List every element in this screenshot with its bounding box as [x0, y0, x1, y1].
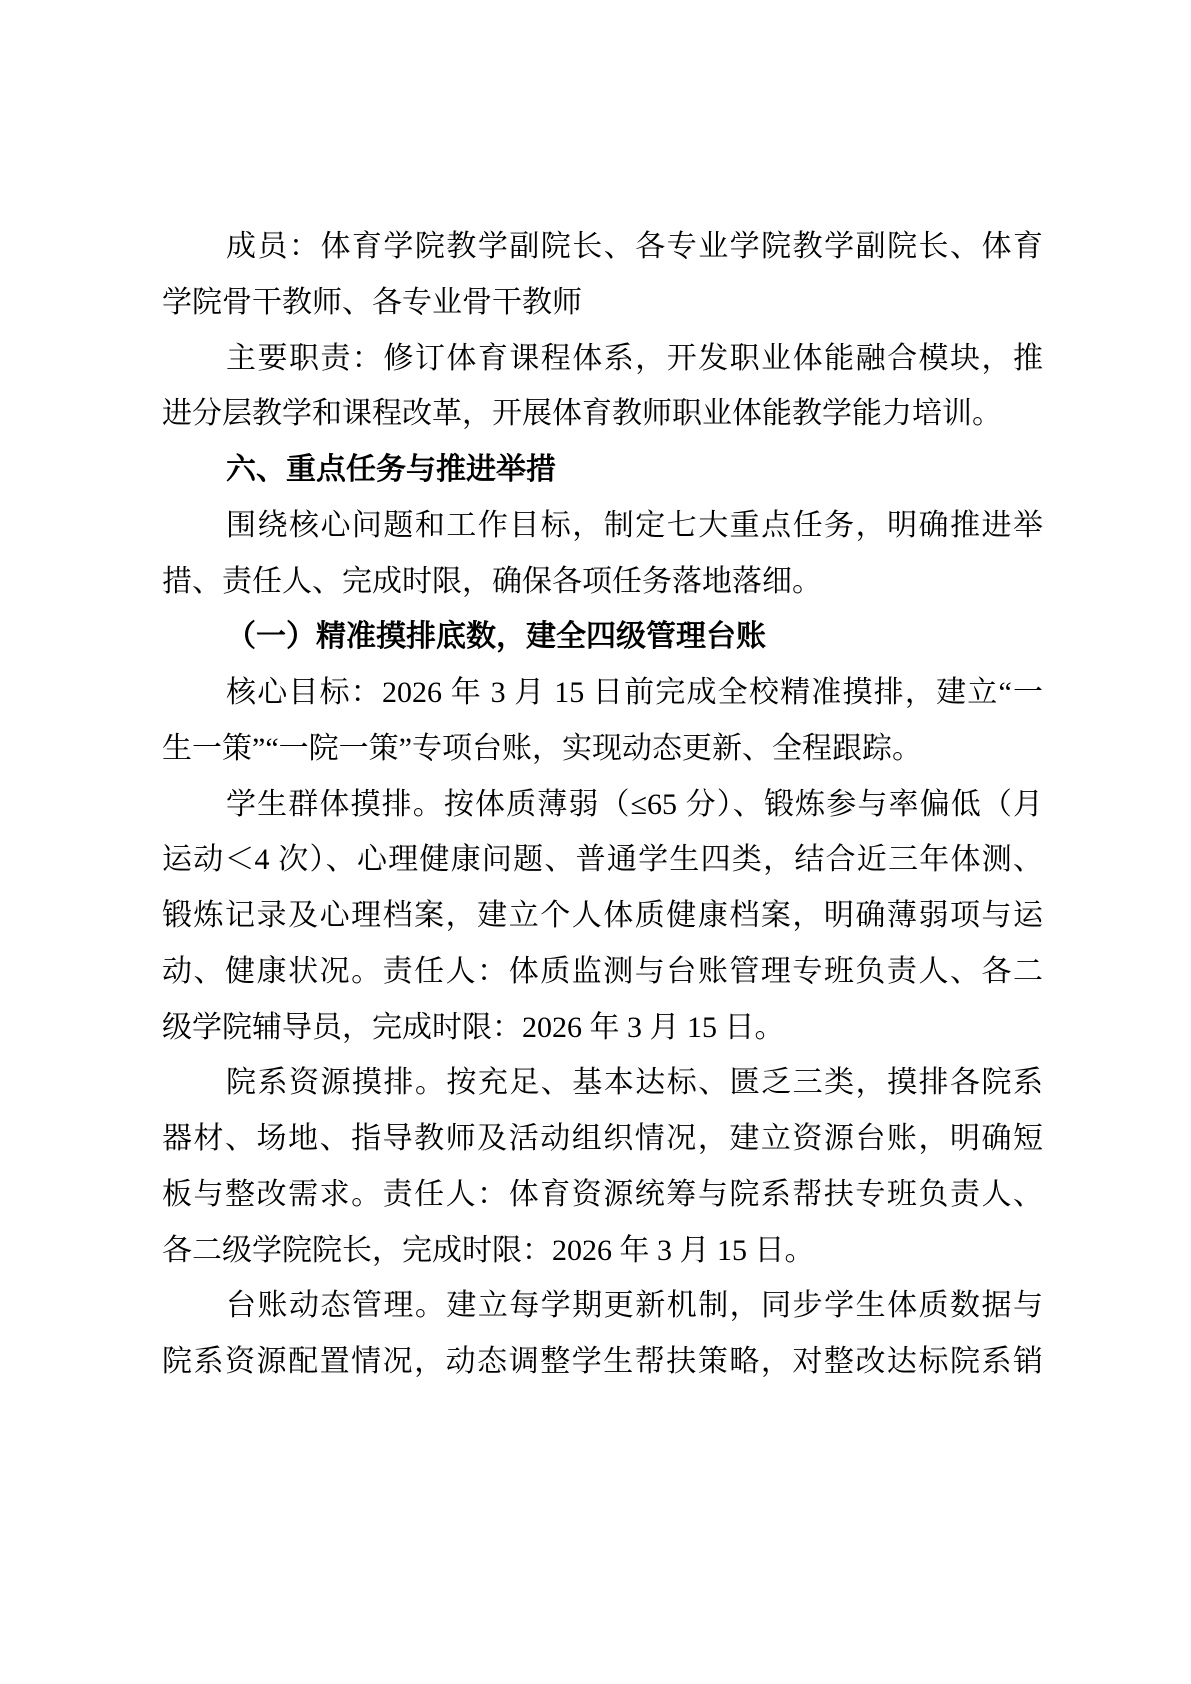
paragraph-line: 各二级学院院长，完成时限：2026 年 3 月 15 日。 — [162, 1223, 1043, 1279]
paragraph-line: 围绕核心问题和工作目标，制定七大重点任务，明确推进举 — [226, 498, 1043, 554]
paragraph-line: 板与整改需求。责任人：体育资源统筹与院系帮扶专班负责人、 — [162, 1167, 1043, 1223]
paragraph-line: 成员：体育学院教学副院长、各专业学院教学副院长、体育 — [226, 219, 1043, 275]
paragraph-line: 动、健康状况。责任人：体质监测与台账管理专班负责人、各二 — [162, 944, 1043, 1000]
paragraph-line: 措、责任人、完成时限，确保各项任务落地落细。 — [162, 554, 1043, 610]
section-heading: 六、重点任务与推进举措 — [226, 442, 1043, 498]
paragraph-line: 学院骨干教师、各专业骨干教师 — [162, 275, 1043, 331]
document-page: 成员：体育学院教学副院长、各专业学院教学副院长、体育 学院骨干教师、各专业骨干教… — [0, 0, 1191, 1684]
paragraph-line: 运动＜4 次）、心理健康问题、普通学生四类，结合近三年体测、 — [162, 832, 1043, 888]
paragraph-line: 主要职责：修订体育课程体系，开发职业体能融合模块，推 — [226, 331, 1043, 387]
paragraph-line: 锻炼记录及心理档案，建立个人体质健康档案，明确薄弱项与运 — [162, 888, 1043, 944]
paragraph-line: 院系资源配置情况，动态调整学生帮扶策略，对整改达标院系销 — [162, 1334, 1043, 1390]
document-text-block: 成员：体育学院教学副院长、各专业学院教学副院长、体育 学院骨干教师、各专业骨干教… — [162, 219, 1043, 1390]
paragraph-line: 学生群体摸排。按体质薄弱（≤65 分）、锻炼参与率偏低（月 — [226, 777, 1043, 833]
paragraph-line: 级学院辅导员，完成时限：2026 年 3 月 15 日。 — [162, 1000, 1043, 1056]
paragraph-line: 进分层教学和课程改革，开展体育教师职业体能教学能力培训。 — [162, 386, 1043, 442]
paragraph-line: 器材、场地、指导教师及活动组织情况，建立资源台账，明确短 — [162, 1111, 1043, 1167]
paragraph-line: 台账动态管理。建立每学期更新机制，同步学生体质数据与 — [226, 1278, 1043, 1334]
paragraph-line: 院系资源摸排。按充足、基本达标、匮乏三类，摸排各院系 — [226, 1055, 1043, 1111]
paragraph-line: 核心目标：2026 年 3 月 15 日前完成全校精准摸排，建立“一 — [226, 665, 1043, 721]
paragraph-line: 生一策”“一院一策”专项台账，实现动态更新、全程跟踪。 — [162, 721, 1043, 777]
subsection-heading: （一）精准摸排底数，建全四级管理台账 — [226, 609, 1043, 665]
